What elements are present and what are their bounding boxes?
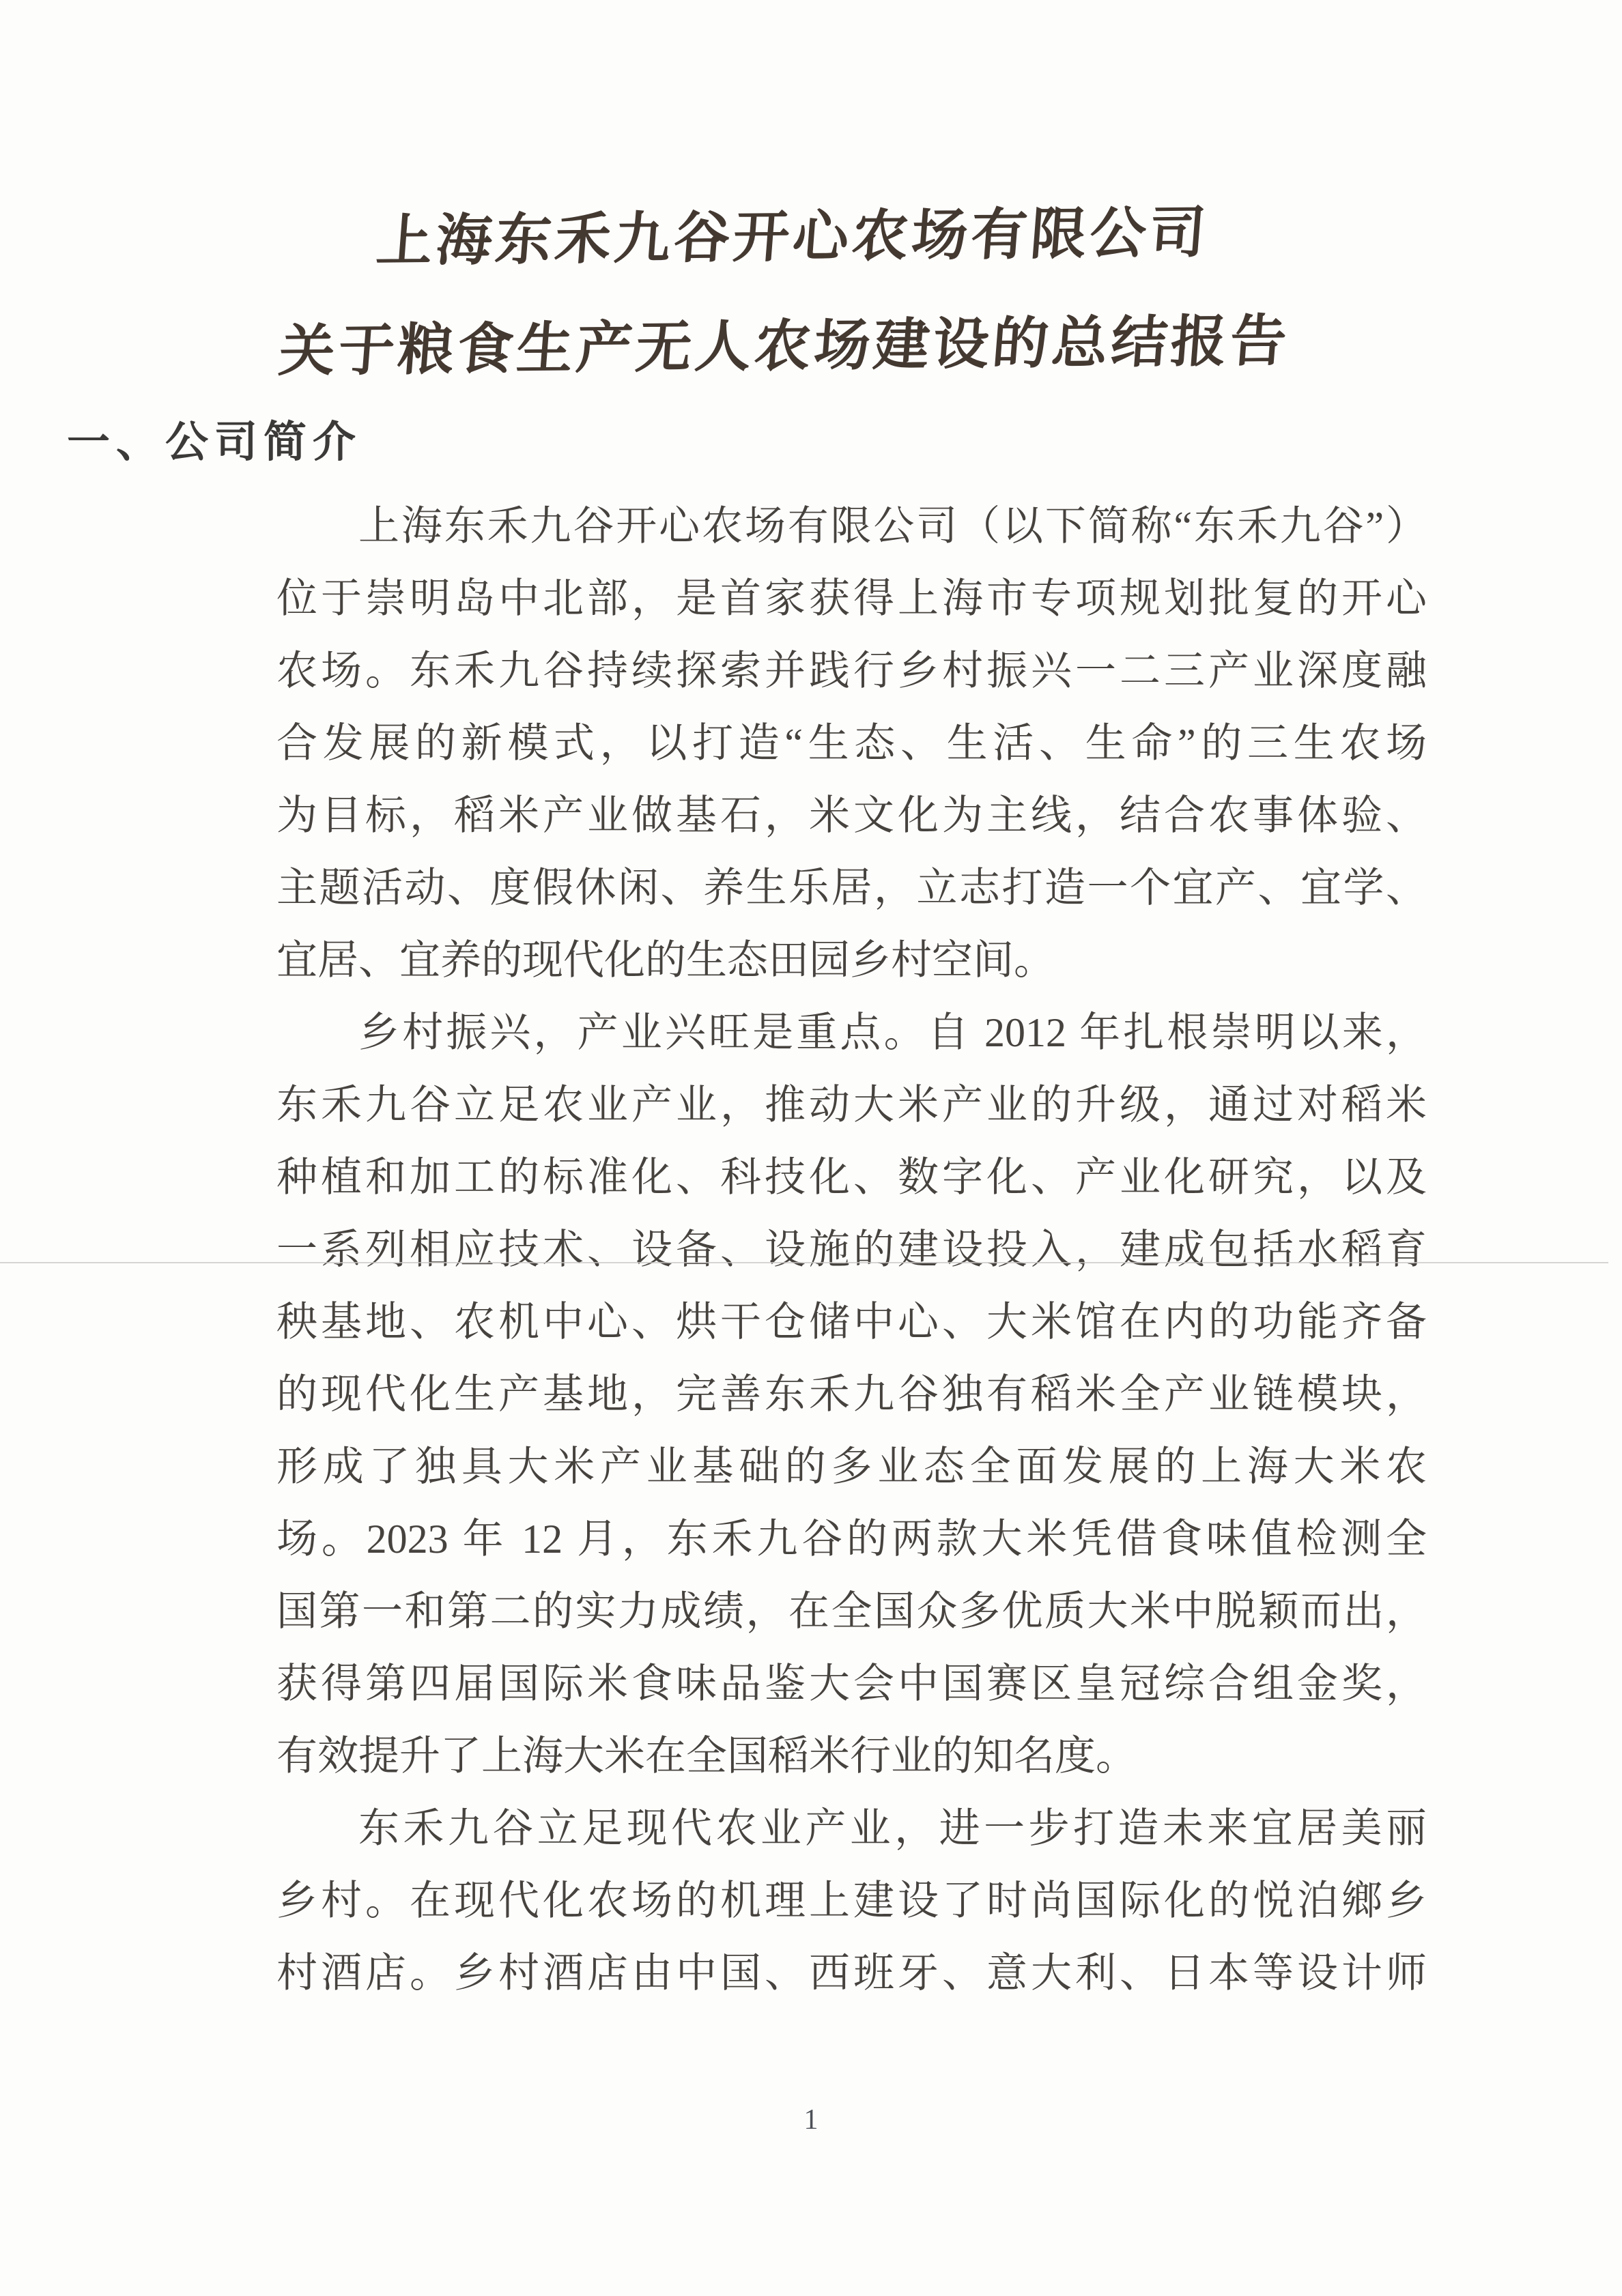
text-line: 上海东禾九谷开心农场有限公司（以下简称“东禾九谷”） <box>276 490 1427 562</box>
text-line: 秧基地、农机中心、烘干仓储中心、大米馆在内的功能齐备 <box>276 1286 1427 1358</box>
report-title-line-1: 上海东禾九谷开心农场有限公司 <box>0 175 1608 301</box>
text-line: 获得第四届国际米食味品鉴大会中国赛区皇冠综合组金奖， <box>276 1648 1427 1720</box>
text-line: 宜居、宜养的现代化的生态田园乡村空间。 <box>276 924 1427 996</box>
page-number: 1 <box>0 2101 1622 2139</box>
text-line: 乡村振兴，产业兴旺是重点。自 2012 年扎根崇明以来， <box>276 996 1427 1069</box>
text-line: 村酒店。乡村酒店由中国、西班牙、意大利、日本等设计师 <box>276 1937 1427 2009</box>
text-line: 乡村。在现代化农场的机理上建设了时尚国际化的悦泊鄉乡 <box>276 1865 1427 1937</box>
text-line: 形成了独具大米产业基础的多业态全面发展的上海大米农 <box>276 1431 1427 1503</box>
text-line: 主题活动、度假休闲、养生乐居，立志打造一个宜产、宜学、 <box>276 852 1427 924</box>
report-title: 上海东禾九谷开心农场有限公司 关于粮食生产无人农场建设的总结报告 <box>0 0 1622 410</box>
text-line: 东禾九谷立足现代农业产业，进一步打造未来宜居美丽 <box>276 1792 1427 1865</box>
text-line: 位于崇明岛中北部，是首家获得上海市专项规划批复的开心 <box>276 562 1427 635</box>
text-line: 的现代化生产基地，完善东禾九谷独有稻米全产业链模块， <box>276 1358 1427 1431</box>
scan-artifact-line <box>0 1262 1608 1263</box>
text-line: 一系列相应技术、设备、设施的建设投入，建成包括水稻育 <box>276 1214 1427 1286</box>
text-line: 有效提升了上海大米在全国稻米行业的知名度。 <box>276 1720 1427 1792</box>
text-line: 合发展的新模式，以打造“生态、生活、生命”的三生农场 <box>276 707 1427 779</box>
text-line: 农场。东禾九谷持续探索并践行乡村振兴一二三产业深度融 <box>276 635 1427 707</box>
text-line: 为目标，稻米产业做基石，米文化为主线，结合农事体验、 <box>276 779 1427 852</box>
body-text: 上海东禾九谷开心农场有限公司（以下简称“东禾九谷”）位于崇明岛中北部，是首家获得… <box>276 490 1427 2009</box>
text-line: 东禾九谷立足农业产业，推动大米产业的升级，通过对稻米 <box>276 1069 1427 1141</box>
text-line: 种植和加工的标准化、科技化、数字化、产业化研究，以及 <box>276 1141 1427 1214</box>
report-title-line-2: 关于粮食生产无人农场建设的总结报告 <box>0 284 1600 410</box>
text-line: 场。2023 年 12 月，东禾九谷的两款大米凭借食味值检测全 <box>276 1503 1427 1575</box>
text-line: 国第一和第二的实力成绩，在全国众多优质大米中脱颖而出， <box>276 1575 1427 1648</box>
section-heading: 一、公司简介 <box>0 415 1622 470</box>
document-page: 上海东禾九谷开心农场有限公司 关于粮食生产无人农场建设的总结报告 一、公司简介 … <box>0 0 1622 2296</box>
